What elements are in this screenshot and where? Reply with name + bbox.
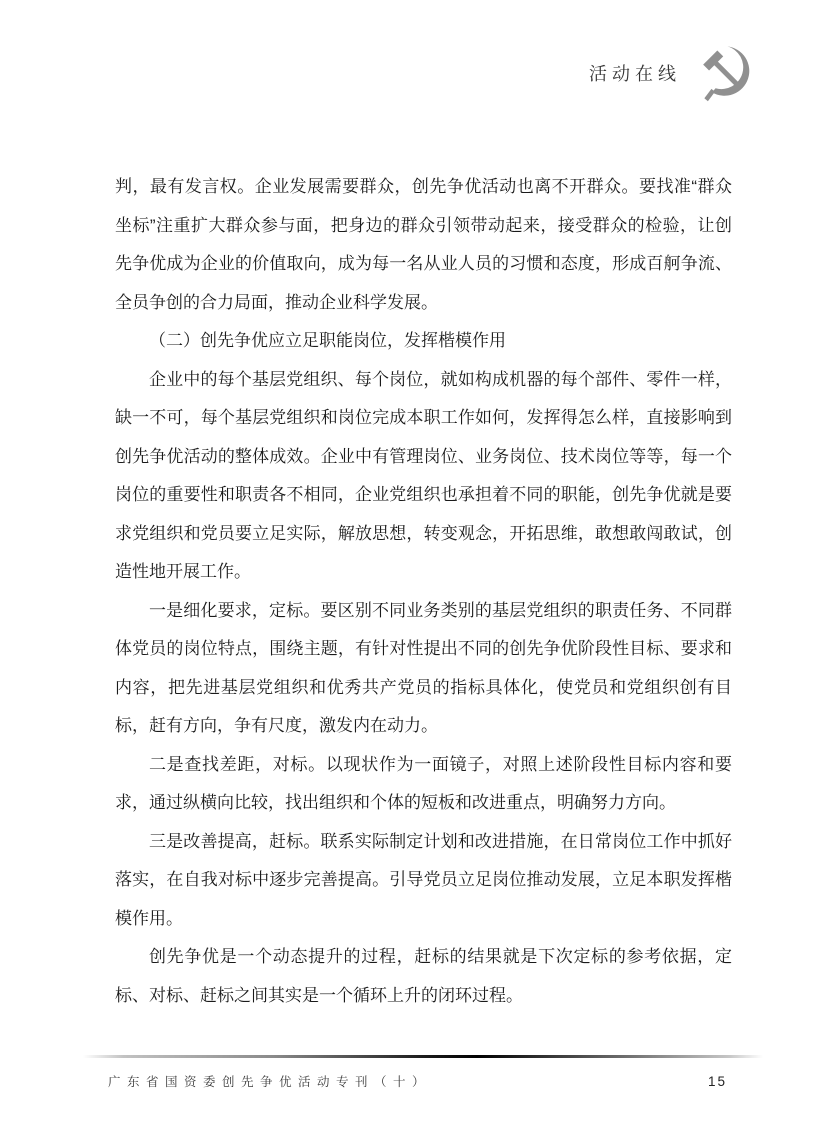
paragraph: 三是改善提高，赶标。联系实际制定计划和改进措施，在日常岗位工作中抓好落实，在自我… — [115, 823, 732, 939]
footer-divider — [83, 1055, 763, 1058]
paragraph: 二是查找差距，对标。以现状作为一面镜子，对照上述阶段性目标内容和要求，通过纵横向… — [115, 746, 732, 823]
paragraph: 判，最有发言权。企业发展需要群众，创先争优活动也离不开群众。要找准“群众坐标”注… — [115, 168, 732, 322]
document-page: 活动在线 判，最有发言权。企业发展需要群众，创先争优活动也离不开群众。要找准“群… — [0, 0, 827, 1130]
section-heading: （二）创先争优应立足职能岗位，发挥楷模作用 — [115, 322, 732, 361]
page-footer: 广东省国资委创先争优活动专刊（十） 15 — [108, 1072, 727, 1090]
paragraph: 企业中的每个基层党组织、每个岗位，就如构成机器的每个部件、零件一样，缺一不可，每… — [115, 361, 732, 592]
party-emblem-icon — [693, 44, 757, 103]
article-body: 判，最有发言权。企业发展需要群众，创先争优活动也离不开群众。要找准“群众坐标”注… — [115, 168, 732, 1015]
paragraph: 一是细化要求，定标。要区别不同业务类别的基层党组织的职责任务、不同群体党员的岗位… — [115, 592, 732, 746]
page-header: 活动在线 — [0, 42, 757, 104]
journal-title: 广东省国资委创先争优活动专刊（十） — [108, 1072, 431, 1090]
paragraph: 创先争优是一个动态提升的过程，赶标的结果就是下次定标的参考依据，定标、对标、赶标… — [115, 938, 732, 1015]
page-number: 15 — [708, 1074, 727, 1089]
header-title: 活动在线 — [589, 60, 681, 86]
